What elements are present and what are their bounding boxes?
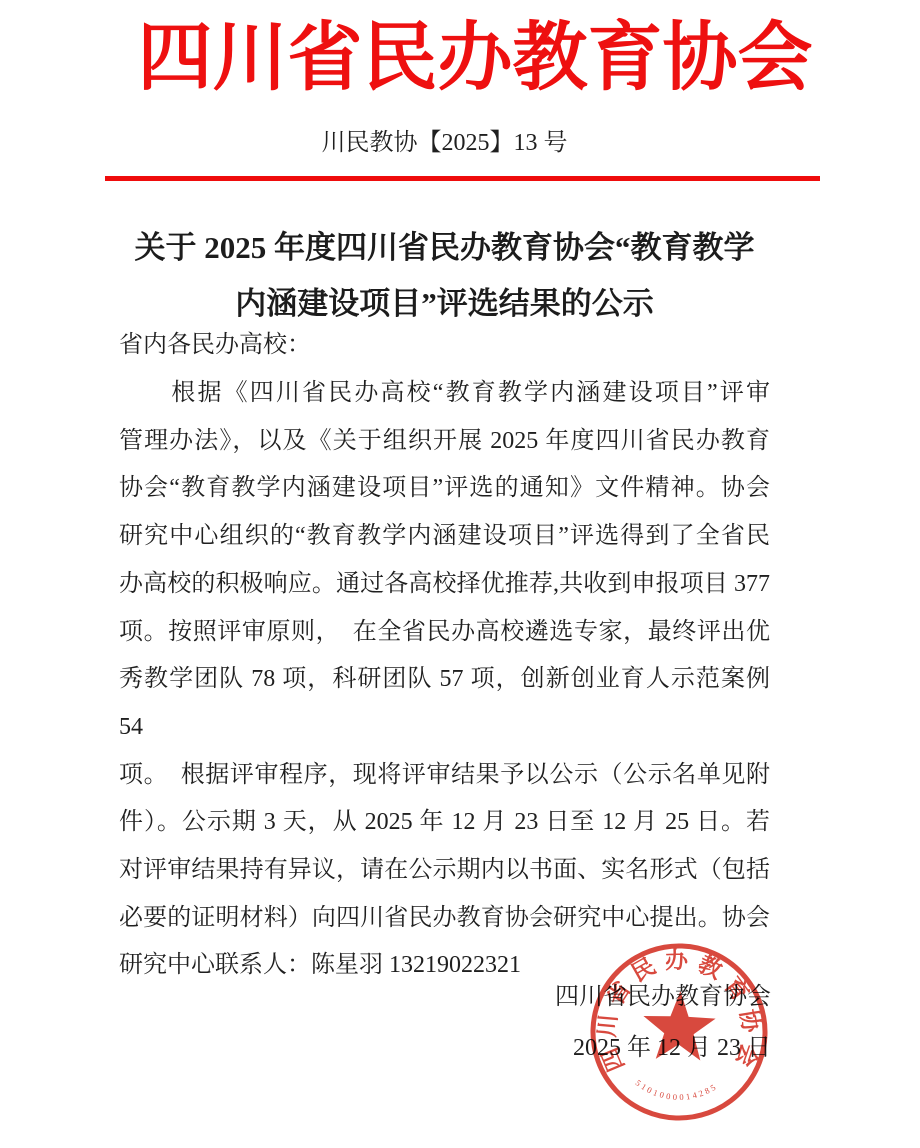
- doc-number: 川民教协【2025】13 号: [119, 124, 770, 162]
- body-line: 必要的证明材料）向四川省民办教育协会研究中心提出。协会: [119, 895, 770, 943]
- body-line: 协会“教育教学内涵建设项目”评选的通知》文件精神。协会: [119, 465, 770, 513]
- body-line: 研究中心组织的“教育教学内涵建设项目”评选得到了全省民: [119, 513, 770, 561]
- doc-title: 关于 2025 年度四川省民办教育协会“教育教学 内涵建设项目”评选结果的公示: [119, 220, 770, 332]
- body-line: 根据《四川省民办高校“教育教学内涵建设项目”评审: [119, 370, 770, 418]
- doc-title-line1: 关于 2025 年度四川省民办教育协会“教育教学: [119, 220, 770, 276]
- body-paragraph: 根据《四川省民办高校“教育教学内涵建设项目”评审 管理办法》，以及《关于组织开展…: [119, 370, 770, 990]
- signature-org: 四川省民办教育协会: [555, 972, 771, 1023]
- body-line: 件）。公示期 3 天，从 2025 年 12 月 23 日至 12 月 25 日…: [119, 799, 770, 847]
- seal-serial-number: 5101000014285: [633, 1077, 718, 1103]
- letterhead-rule: [105, 176, 820, 181]
- body-line: 对评审结果持有异议，请在公示期内以书面、实名形式（包括: [119, 847, 770, 895]
- document-page: 四川省民办教育协会 川民教协【2025】13 号 关于 2025 年度四川省民办…: [0, 0, 920, 1148]
- body-line: 项。 根据评审程序，现将评审结果予以公示（公示名单见附: [119, 752, 770, 800]
- body-line: 项。按照评审原则， 在全省民办高校遴选专家，最终评出优: [119, 609, 770, 657]
- body-line: 秀教学团队 78 项，科研团队 57 项，创新创业育人示范案例 54: [119, 656, 770, 751]
- letterhead-org-name: 四川省民办教育协会: [15, 4, 920, 114]
- signature-date: 2025 年 12 月 23 日: [555, 1023, 771, 1074]
- doc-title-line2: 内涵建设项目”评选结果的公示: [119, 276, 770, 332]
- body-line: 管理办法》，以及《关于组织开展 2025 年度四川省民办教育: [119, 418, 770, 466]
- salutation: 省内各民办高校：: [119, 325, 770, 365]
- svg-text:5101000014285: 5101000014285: [633, 1077, 718, 1103]
- signature-block: 四川省民办教育协会 2025 年 12 月 23 日: [555, 972, 771, 1074]
- body-line: 办高校的积极响应。通过各高校择优推荐,共收到申报项目 377: [119, 561, 770, 609]
